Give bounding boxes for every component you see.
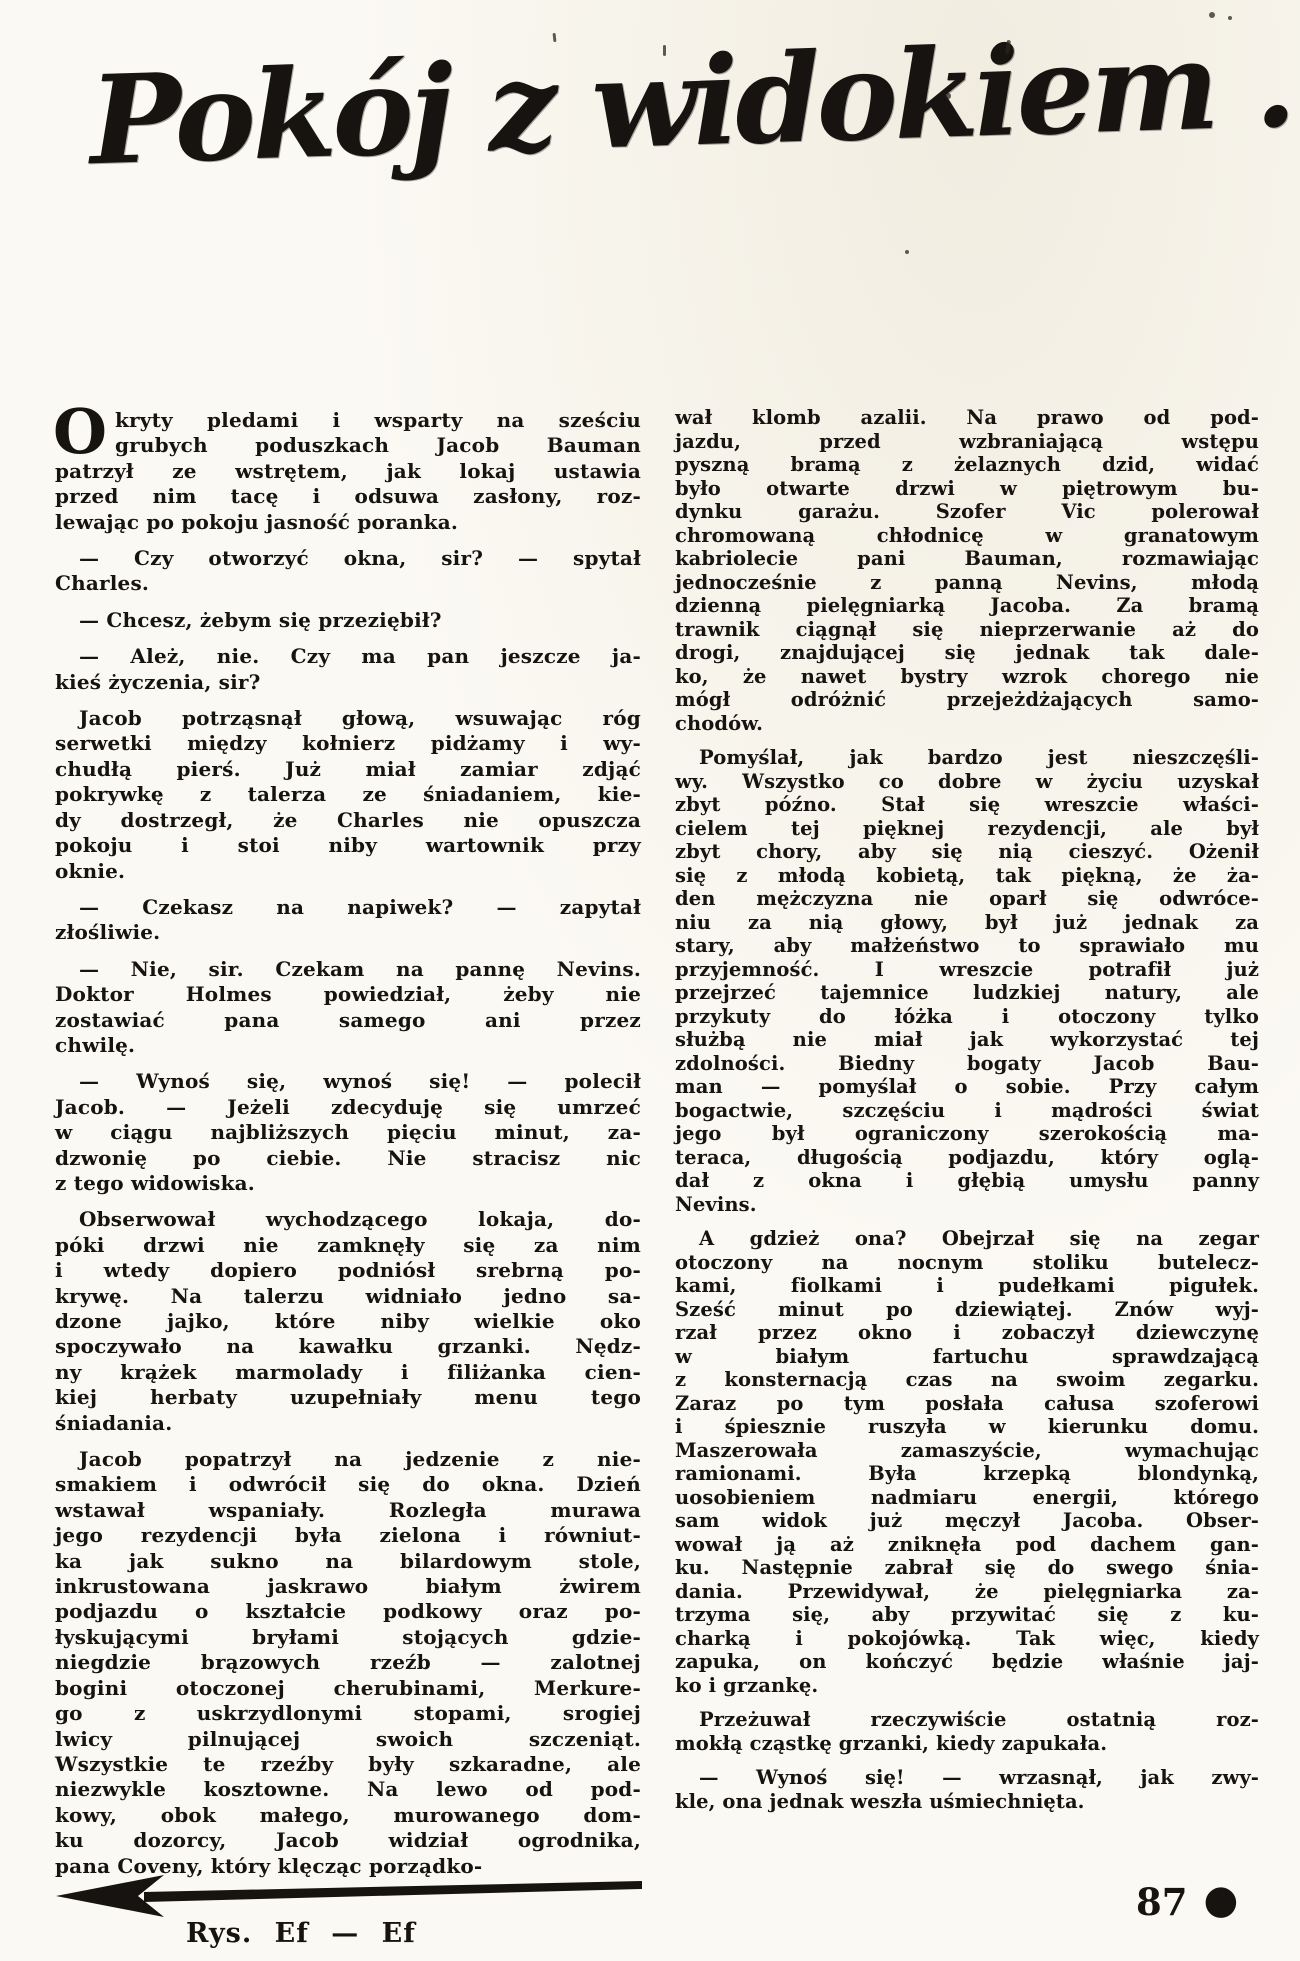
text-line: kiej herbaty uzupełniały menu tego xyxy=(55,1385,641,1410)
text-line: chromowaną chłodnicę w granatowym xyxy=(675,524,1259,548)
text-line: przykuty do łóżka i otoczony tylko xyxy=(675,1005,1259,1029)
text-line: — Wynoś się, wynoś się! — polecił xyxy=(55,1069,641,1094)
text-line: przejrzeć tajemnice ludzkiej natury, ale xyxy=(675,981,1259,1005)
text-line: służbą nie miał jak wykorzystać tej xyxy=(675,1028,1259,1052)
paragraph: Przeżuwał rzeczywiście ostatnią roz-mokł… xyxy=(675,1708,1259,1755)
text-line: grubych poduszkach Jacob Bauman xyxy=(115,433,641,458)
paragraph: Jacob popatrzył na jedzenie z nie-smakie… xyxy=(55,1447,641,1879)
text-line: mógł odróżnić przejeżdżających samo- xyxy=(675,688,1259,712)
text-line: Obserwował wychodzącego lokaja, do- xyxy=(55,1207,641,1232)
text-line: Nevins. xyxy=(675,1193,1259,1217)
text-line: sam widok już męczył Jacoba. Obser- xyxy=(675,1509,1259,1533)
text-line: lwicy pilnującej swoich szczeniąt. xyxy=(55,1727,641,1752)
article-title: Pokój z widokiem ... xyxy=(88,12,1257,348)
text-line: podjazdu o kształcie podkowy oraz po- xyxy=(55,1599,641,1624)
text-line: Maszerowała zamaszyście, wymachując xyxy=(675,1439,1259,1463)
text-line: zdolności. Biedny bogaty Jacob Bau- xyxy=(675,1052,1259,1076)
ink-speck xyxy=(1228,16,1232,20)
text-line: ku dozorcy, Jacob widział ogrodnika, xyxy=(55,1828,641,1853)
text-line: kowy, obok małego, murowanego dom- xyxy=(55,1803,641,1828)
text-line: — Czy otworzyć okna, sir? — spytał xyxy=(55,546,641,571)
text-line: serwetki między kołnierz pidżamy i wy- xyxy=(55,731,641,756)
text-line: uosobieniem nadmiaru energii, którego xyxy=(675,1486,1259,1510)
left-arrow-icon xyxy=(52,1872,652,1918)
paragraph: Obserwował wychodzącego lokaja, do-póki … xyxy=(55,1207,641,1436)
text-line: Jacob popatrzył na jedzenie z nie- xyxy=(55,1447,641,1472)
right-column: wał klomb azalii. Na prawo od pod-jazdu,… xyxy=(675,406,1259,1824)
text-line: dzone jajko, które niby wielkie oko xyxy=(55,1309,641,1334)
page-number-value: 87 xyxy=(1136,1880,1188,1924)
text-line: zbyt późno. Stał się wreszcie właści- xyxy=(675,793,1259,817)
text-line: — Wynoś się! — wrzasnął, jak zwy- xyxy=(675,1766,1259,1790)
paragraph: wał klomb azalii. Na prawo od pod-jazdu,… xyxy=(675,406,1259,735)
text-line: patrzył ze wstrętem, jak lokaj ustawia xyxy=(55,459,641,484)
left-column: Okryty pledami i wsparty na sześciugruby… xyxy=(55,408,641,1890)
text-line: Wszystkie te rzeźby były szkaradne, ale xyxy=(55,1752,641,1777)
text-line: dy dostrzegł, że Charles nie opuszcza xyxy=(55,808,641,833)
text-line: Jacob. — Jeżeli zdecyduję się umrzeć xyxy=(55,1095,641,1120)
text-line: — Chcesz, żebym się przeziębił? xyxy=(55,608,641,633)
paragraph: — Czy otworzyć okna, sir? — spytałCharle… xyxy=(55,546,641,597)
text-line: w białym fartuchu sprawdzającą xyxy=(675,1345,1259,1369)
text-line: Doktor Holmes powiedział, żeby nie xyxy=(55,982,641,1007)
text-line: man — pomyślał o sobie. Przy całym xyxy=(675,1075,1259,1099)
text-line: było otwarte drzwi w piętrowym bu- xyxy=(675,477,1259,501)
text-line: drogi, znajdującej się jednak tak dale- xyxy=(675,641,1259,665)
text-line: chudłą pierś. Już miał zamiar zdjąć xyxy=(55,757,641,782)
text-line: Jacob potrząsnął głową, wsuwając róg xyxy=(55,706,641,731)
text-line: charką i pokojówką. Tak więc, kiedy xyxy=(675,1627,1259,1651)
text-line: ka jak sukno na bilardowym stole, xyxy=(55,1549,641,1574)
text-line: przyjemność. I wreszcie potrafił już xyxy=(675,958,1259,982)
illustration-credit-text: Rys. Ef — Ef xyxy=(186,1918,662,1949)
text-line: trzyma się, aby przywitać się z ku- xyxy=(675,1603,1259,1627)
text-line: łyskującymi bryłami stojących gdzie- xyxy=(55,1625,641,1650)
paragraph: Okryty pledami i wsparty na sześciugruby… xyxy=(55,408,641,535)
text-line: dynku garażu. Szofer Vic polerował xyxy=(675,500,1259,524)
paragraph: — Wynoś się! — wrzasnął, jak zwy-kle, on… xyxy=(675,1766,1259,1813)
text-line: cielem tej pięknej rezydencji, ale był xyxy=(675,817,1259,841)
text-line: z tego widowiska. xyxy=(55,1171,641,1196)
text-line: rzał przez okno i zobaczył dziewczynę xyxy=(675,1321,1259,1345)
page-number: 87 ● xyxy=(1136,1880,1238,1924)
text-line: smakiem i odwrócił się do okna. Dzień xyxy=(55,1472,641,1497)
text-line: wał klomb azalii. Na prawo od pod- xyxy=(675,406,1259,430)
text-line: wował ją aż zniknęła pod dachem gan- xyxy=(675,1533,1259,1557)
text-line: z konsternacją czas na swoim zegarku. xyxy=(675,1368,1259,1392)
text-line: mokłą cząstkę grzanki, kiedy zapukała. xyxy=(675,1732,1259,1756)
text-line: niu za nią głowy, był już jednak za xyxy=(675,911,1259,935)
text-line: ko, że nawet bystry wzrok chorego nie xyxy=(675,665,1259,689)
text-line: wy. Wszystko co dobre w życiu uzyskał xyxy=(675,770,1259,794)
text-line: bogactwie, szczęściu i mądrości świat xyxy=(675,1099,1259,1123)
text-line: chodów. xyxy=(675,712,1259,736)
text-line: przed nim tacę i odsuwa zasłony, roz- xyxy=(55,484,641,509)
text-line: ny krążek marmolady i filiżanka cien- xyxy=(55,1360,641,1385)
text-line: jazdu, przed wzbraniającą wstępu xyxy=(675,430,1259,454)
text-line: niezwykle kosztowne. Na lewo od pod- xyxy=(55,1777,641,1802)
paragraph: Jacob potrząsnął głową, wsuwając rógserw… xyxy=(55,706,641,884)
text-line: Zaraz po tym posłała całusa szoferowi xyxy=(675,1392,1259,1416)
text-line: wstawał wspaniały. Rozległa murawa xyxy=(55,1498,641,1523)
ink-speck xyxy=(1209,12,1215,18)
text-line: Sześć minut po dziewiątej. Znów wyj- xyxy=(675,1298,1259,1322)
ink-speck xyxy=(946,93,951,99)
text-line: kami, fiolkami i pudełkami pigułek. xyxy=(675,1274,1259,1298)
text-line: — Nie, sir. Czekam na pannę Nevins. xyxy=(55,957,641,982)
text-line: dzwonię po ciebie. Nie stracisz nic xyxy=(55,1146,641,1171)
text-line: stary, aby małżeństwo to sprawiało mu xyxy=(675,934,1259,958)
text-line: złośliwie. xyxy=(55,920,641,945)
text-line: kle, ona jednak weszła uśmiechnięta. xyxy=(675,1790,1259,1814)
paragraph: — Nie, sir. Czekam na pannę Nevins.Dokto… xyxy=(55,957,641,1059)
text-line: dania. Przewidywał, że pielęgniarka za- xyxy=(675,1580,1259,1604)
text-line: teraca, długością podjazdu, który oglą- xyxy=(675,1146,1259,1170)
text-line: A gdzież ona? Obejrzał się na zegar xyxy=(675,1227,1259,1251)
text-line: zostawiać pana samego ani przez xyxy=(55,1008,641,1033)
text-line: niegdzie brązowych rzeźb — zalotnej xyxy=(55,1650,641,1675)
text-line: bogini otoczonej cherubinami, Merkure- xyxy=(55,1676,641,1701)
text-line: otoczony na nocnym stoliku butelecz- xyxy=(675,1251,1259,1275)
text-line: jego rezydencji była zielona i równiut- xyxy=(55,1523,641,1548)
text-line: Przeżuwał rzeczywiście ostatnią roz- xyxy=(675,1708,1259,1732)
paragraph: Pomyślał, jak bardzo jest nieszczęśli-wy… xyxy=(675,746,1259,1216)
text-line: dzienną pielęgniarką Jacoba. Za bramą xyxy=(675,594,1259,618)
text-line: zapuka, on kończyć będzie właśnie jaj- xyxy=(675,1650,1259,1674)
ink-speck xyxy=(663,45,666,56)
drop-cap: O xyxy=(53,405,107,459)
text-line: jednocześnie z panną Nevins, młodą xyxy=(675,571,1259,595)
text-line: się z młodą kobietą, tak piękną, że ża- xyxy=(675,864,1259,888)
paragraph: — Chcesz, żebym się przeziębił? xyxy=(55,608,641,633)
text-line: — Ależ, nie. Czy ma pan jeszcze ja- xyxy=(55,644,641,669)
magazine-page: Pokój z widokiem ... Okryty pledami i ws… xyxy=(0,0,1300,1961)
text-line: ku. Następnie zabrał się do swego śnia- xyxy=(675,1556,1259,1580)
text-line: — Czekasz na napiwek? — zapytał xyxy=(55,895,641,920)
text-line: ko i grzankę. xyxy=(675,1674,1259,1698)
text-line: lewając po pokoju jasność poranka. xyxy=(55,510,641,535)
text-line: den mężczyzna nie oparł się odwróce- xyxy=(675,887,1259,911)
text-line: póki drzwi nie zamknęły się za nim xyxy=(55,1233,641,1258)
text-line: kabriolecie pani Bauman, rozmawiając xyxy=(675,547,1259,571)
text-line: pyszną bramą z żelaznych dzid, widać xyxy=(675,453,1259,477)
text-line: kryty pledami i wsparty na sześciu xyxy=(115,408,641,433)
text-line: Charles. xyxy=(55,571,641,596)
text-line: go z uskrzydlonymi stopami, srogiej xyxy=(55,1701,641,1726)
text-line: inkrustowana jaskrawo białym żwirem xyxy=(55,1574,641,1599)
text-line: i wtedy dopiero podniósł srebrną po- xyxy=(55,1258,641,1283)
text-line: pokoju i stoi niby wartownik przy xyxy=(55,833,641,858)
paragraph: — Ależ, nie. Czy ma pan jeszcze ja-kieś … xyxy=(55,644,641,695)
text-line: zbyt chory, aby się nią cieszyć. Ożenił xyxy=(675,840,1259,864)
page-marker-dot: ● xyxy=(1204,1880,1239,1920)
text-line: oknie. xyxy=(55,859,641,884)
text-line: krywę. Na talerzu widniało jedno sa- xyxy=(55,1284,641,1309)
text-line: dał z okna i głębią umysłu panny xyxy=(675,1169,1259,1193)
paragraph: — Wynoś się, wynoś się! — poleciłJacob. … xyxy=(55,1069,641,1196)
ink-speck xyxy=(905,250,909,254)
text-line: Pomyślał, jak bardzo jest nieszczęśli- xyxy=(675,746,1259,770)
text-line: śniadania. xyxy=(55,1411,641,1436)
text-line: spoczywało na kawałku grzanki. Nędz- xyxy=(55,1334,641,1359)
text-line: trawnik ciągnął się nieprzerwanie aż do xyxy=(675,618,1259,642)
paragraph: A gdzież ona? Obejrzał się na zegarotocz… xyxy=(675,1227,1259,1697)
text-line: i śpiesznie ruszyła w kierunku domu. xyxy=(675,1415,1259,1439)
text-line: kieś życzenia, sir? xyxy=(55,670,641,695)
illustration-credit: Rys. Ef — Ef xyxy=(52,1872,662,1949)
text-line: pokrywkę z talerza ze śniadaniem, kie- xyxy=(55,782,641,807)
text-line: w ciągu najbliższych pięciu minut, za- xyxy=(55,1120,641,1145)
text-line: ramionami. Była krzepką blondynką, xyxy=(675,1462,1259,1486)
text-line: jego był ograniczony szerokością ma- xyxy=(675,1122,1259,1146)
text-line: chwilę. xyxy=(55,1033,641,1058)
paragraph: — Czekasz na napiwek? — zapytałzłośliwie… xyxy=(55,895,641,946)
